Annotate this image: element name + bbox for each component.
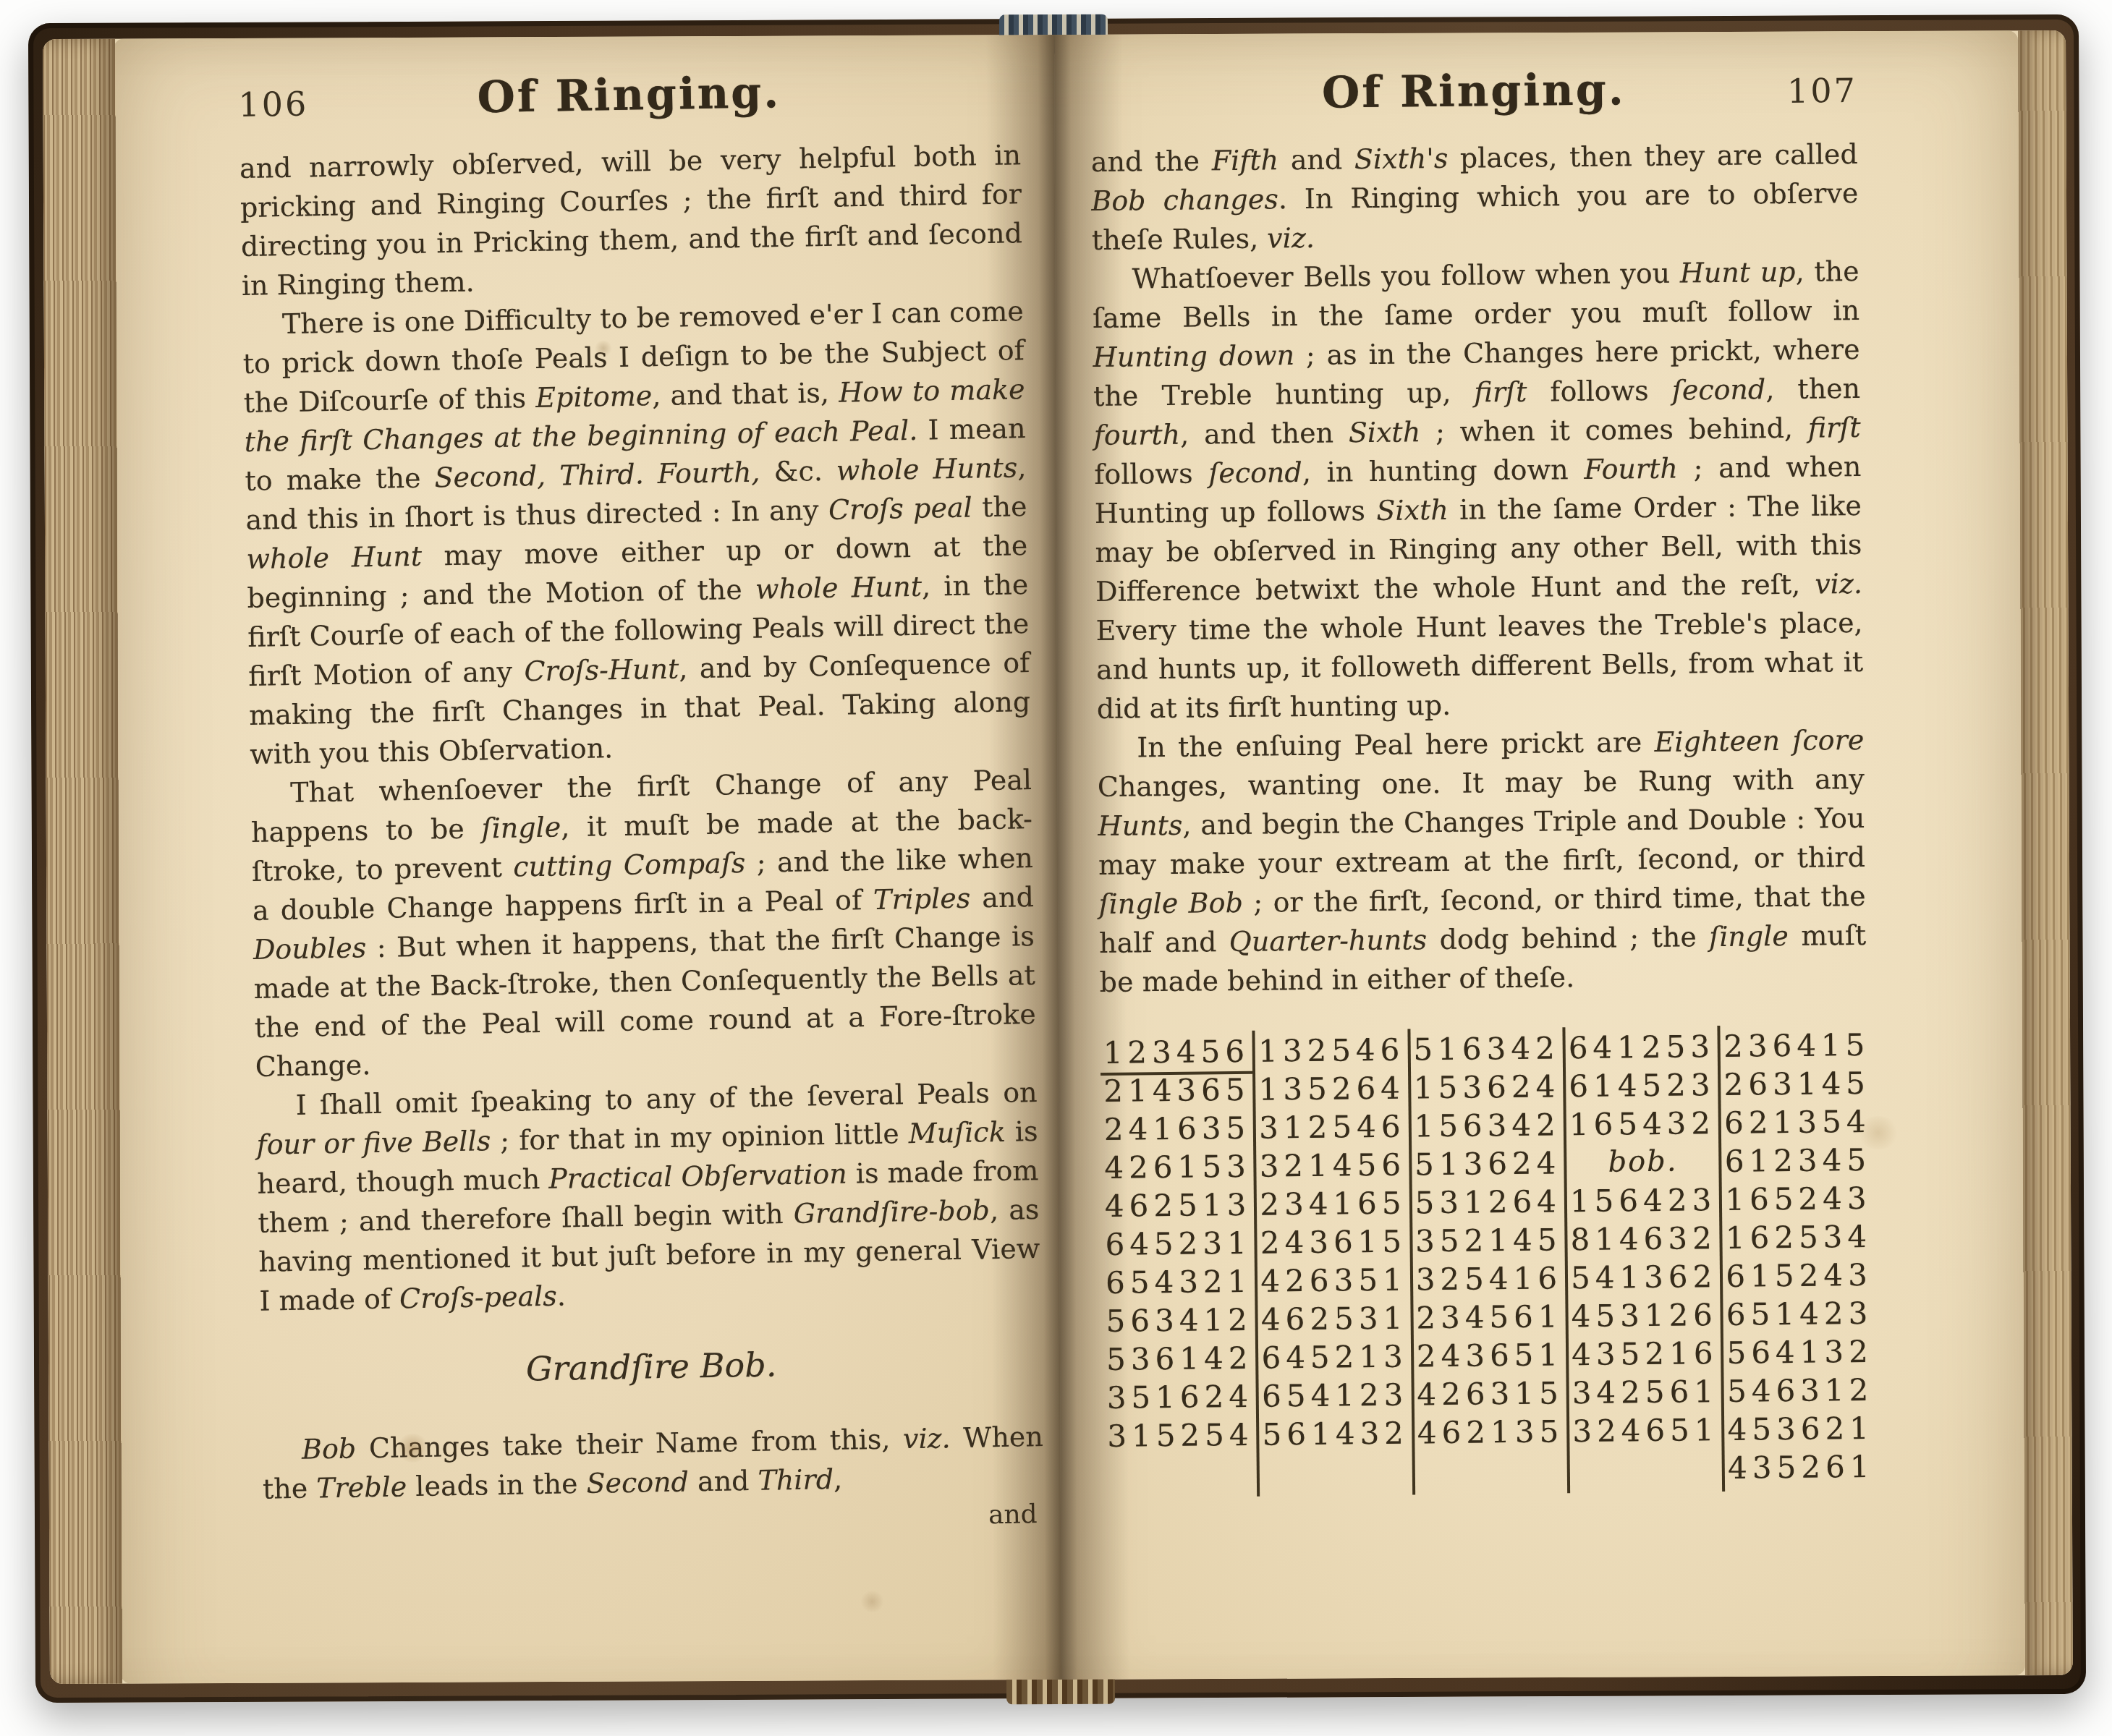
table-cell: 426315	[1414, 1374, 1566, 1413]
peal-table-column: 1325461352643125463214562341652436154263…	[1252, 1029, 1412, 1497]
page-edges-left	[43, 39, 122, 1684]
paragraph: I ſhall omit ſpeaking to any of the ſeve…	[255, 1073, 1040, 1321]
table-cell: 312546	[1256, 1107, 1409, 1147]
table-cell: 536142	[1103, 1339, 1256, 1379]
table-cell: 654321	[1103, 1262, 1255, 1302]
page-header-right: Of Ringing. 107	[1090, 62, 1858, 121]
header-spacer	[926, 103, 1020, 104]
paragraph: Whatſoever Bells you follow when you Hun…	[1092, 252, 1864, 728]
table-cell: 541362	[1568, 1257, 1721, 1297]
table-cell: 324651	[1569, 1410, 1722, 1450]
table-cell: 546312	[1724, 1371, 1877, 1410]
peal-changes-table: 1234562143652416354261534625136452316543…	[1100, 1024, 1872, 1498]
table-cell: 462513	[1102, 1186, 1255, 1225]
left-page-text: and narrowly obſerved, will be very help…	[239, 135, 1041, 1321]
book-cover: 106 Of Ringing. and narrowly obſerved, w…	[28, 14, 2086, 1703]
table-cell: 123456	[1100, 1032, 1252, 1072]
table-cell: 645231	[1102, 1224, 1255, 1264]
table-cell: 243615	[1258, 1222, 1410, 1262]
table-cell: 162534	[1723, 1217, 1875, 1257]
table-cell: 426153	[1101, 1147, 1254, 1187]
table-cell: 243651	[1414, 1335, 1566, 1375]
running-title-left: Of Ringing.	[332, 65, 926, 126]
table-cell: 561432	[1259, 1413, 1412, 1453]
table-cell: 621354	[1721, 1102, 1874, 1142]
table-cell: 645213	[1258, 1337, 1411, 1377]
photo-background: 106 Of Ringing. and narrowly obſerved, w…	[0, 0, 2112, 1736]
table-cell: bob.	[1566, 1142, 1719, 1182]
paragraph: and narrowly obſerved, will be very help…	[239, 135, 1024, 305]
table-cell: 641253	[1565, 1027, 1718, 1067]
table-cell: 453126	[1568, 1295, 1721, 1335]
left-page-text-after-heading: Bob Changes take their Name from this, v…	[262, 1417, 1045, 1509]
page-header-left: 106 Of Ringing.	[238, 63, 1020, 127]
page-107: Of Ringing. 107 and the Fifth and Sixth'…	[1054, 30, 2025, 1680]
page-edges-right	[2018, 30, 2073, 1675]
table-cell: 513624	[1412, 1144, 1564, 1183]
table-cell: 263145	[1721, 1064, 1873, 1104]
paragraph: Bob Changes take their Name from this, v…	[262, 1417, 1045, 1509]
table-cell: 516342	[1410, 1029, 1563, 1068]
header-spacer	[1090, 109, 1184, 110]
paragraph: In the enſuing Peal here prickt are Eigh…	[1097, 720, 1867, 1002]
peal-table-column: 641253614523165432bob.156423814632541362…	[1562, 1026, 1722, 1493]
table-cell: 531264	[1412, 1182, 1564, 1222]
table-cell: 814632	[1567, 1219, 1720, 1259]
table-cell: 135264	[1255, 1069, 1408, 1109]
table-cell: 214365	[1100, 1071, 1253, 1110]
running-title-right: Of Ringing.	[1184, 63, 1764, 119]
right-page-text: and the Fifth and Sixth's places, then t…	[1091, 135, 1867, 1002]
table-cell: 654123	[1259, 1376, 1412, 1416]
peal-table-column: 2364152631456213546123451652431625346152…	[1718, 1024, 1878, 1492]
table-cell: 564132	[1723, 1332, 1876, 1372]
table-cell: 165432	[1566, 1104, 1719, 1144]
table-cell: 435261	[1725, 1447, 1878, 1487]
table-cell: 462135	[1415, 1412, 1567, 1452]
table-cell: 236415	[1721, 1026, 1873, 1065]
table-cell: 153624	[1411, 1067, 1564, 1107]
table-cell: 156342	[1411, 1105, 1564, 1145]
table-cell: 342561	[1569, 1372, 1721, 1412]
table-cell: 241635	[1101, 1109, 1254, 1149]
table-cell: 321456	[1256, 1146, 1409, 1186]
table-cell: 615243	[1723, 1256, 1875, 1295]
table-cell: 156423	[1567, 1180, 1720, 1220]
table-cell: 132546	[1255, 1031, 1408, 1071]
table-cell: 462531	[1258, 1299, 1411, 1339]
paragraph: That whenſoever the firſt Change of any …	[250, 760, 1037, 1086]
peal-table-column: 5163421536241563425136245312643521453254…	[1407, 1027, 1567, 1494]
page-number-right: 107	[1763, 71, 1858, 111]
table-cell: 612345	[1721, 1141, 1874, 1180]
table-cell: 325416	[1412, 1259, 1565, 1298]
table-cell: 435216	[1569, 1334, 1721, 1374]
table-cell: 234561	[1413, 1297, 1566, 1337]
section-heading-grandsire-bob: Grandſire Bob.	[260, 1340, 1043, 1393]
paragraph: and the Fifth and Sixth's places, then t…	[1091, 135, 1859, 260]
pages-block: 106 Of Ringing. and narrowly obſerved, w…	[43, 30, 2073, 1684]
table-cell: 234165	[1257, 1184, 1409, 1224]
page-106: 106 Of Ringing. and narrowly obſerved, w…	[114, 35, 1061, 1684]
table-cell: 453621	[1724, 1409, 1877, 1449]
table-cell: 614523	[1566, 1065, 1718, 1105]
table-cell: 315254	[1104, 1416, 1257, 1455]
table-cell: 426351	[1258, 1261, 1410, 1301]
table-cell: 165243	[1722, 1179, 1875, 1219]
peal-table-column: 1234562143652416354261534625136452316543…	[1100, 1031, 1257, 1498]
table-cell: 651423	[1723, 1294, 1876, 1334]
paragraph: There is one Difficulty to be removed e'…	[242, 292, 1031, 774]
table-cell: 563412	[1103, 1301, 1255, 1340]
page-number-left: 106	[238, 84, 333, 124]
table-cell: 352145	[1412, 1220, 1565, 1260]
table-cell: 351624	[1103, 1377, 1256, 1417]
